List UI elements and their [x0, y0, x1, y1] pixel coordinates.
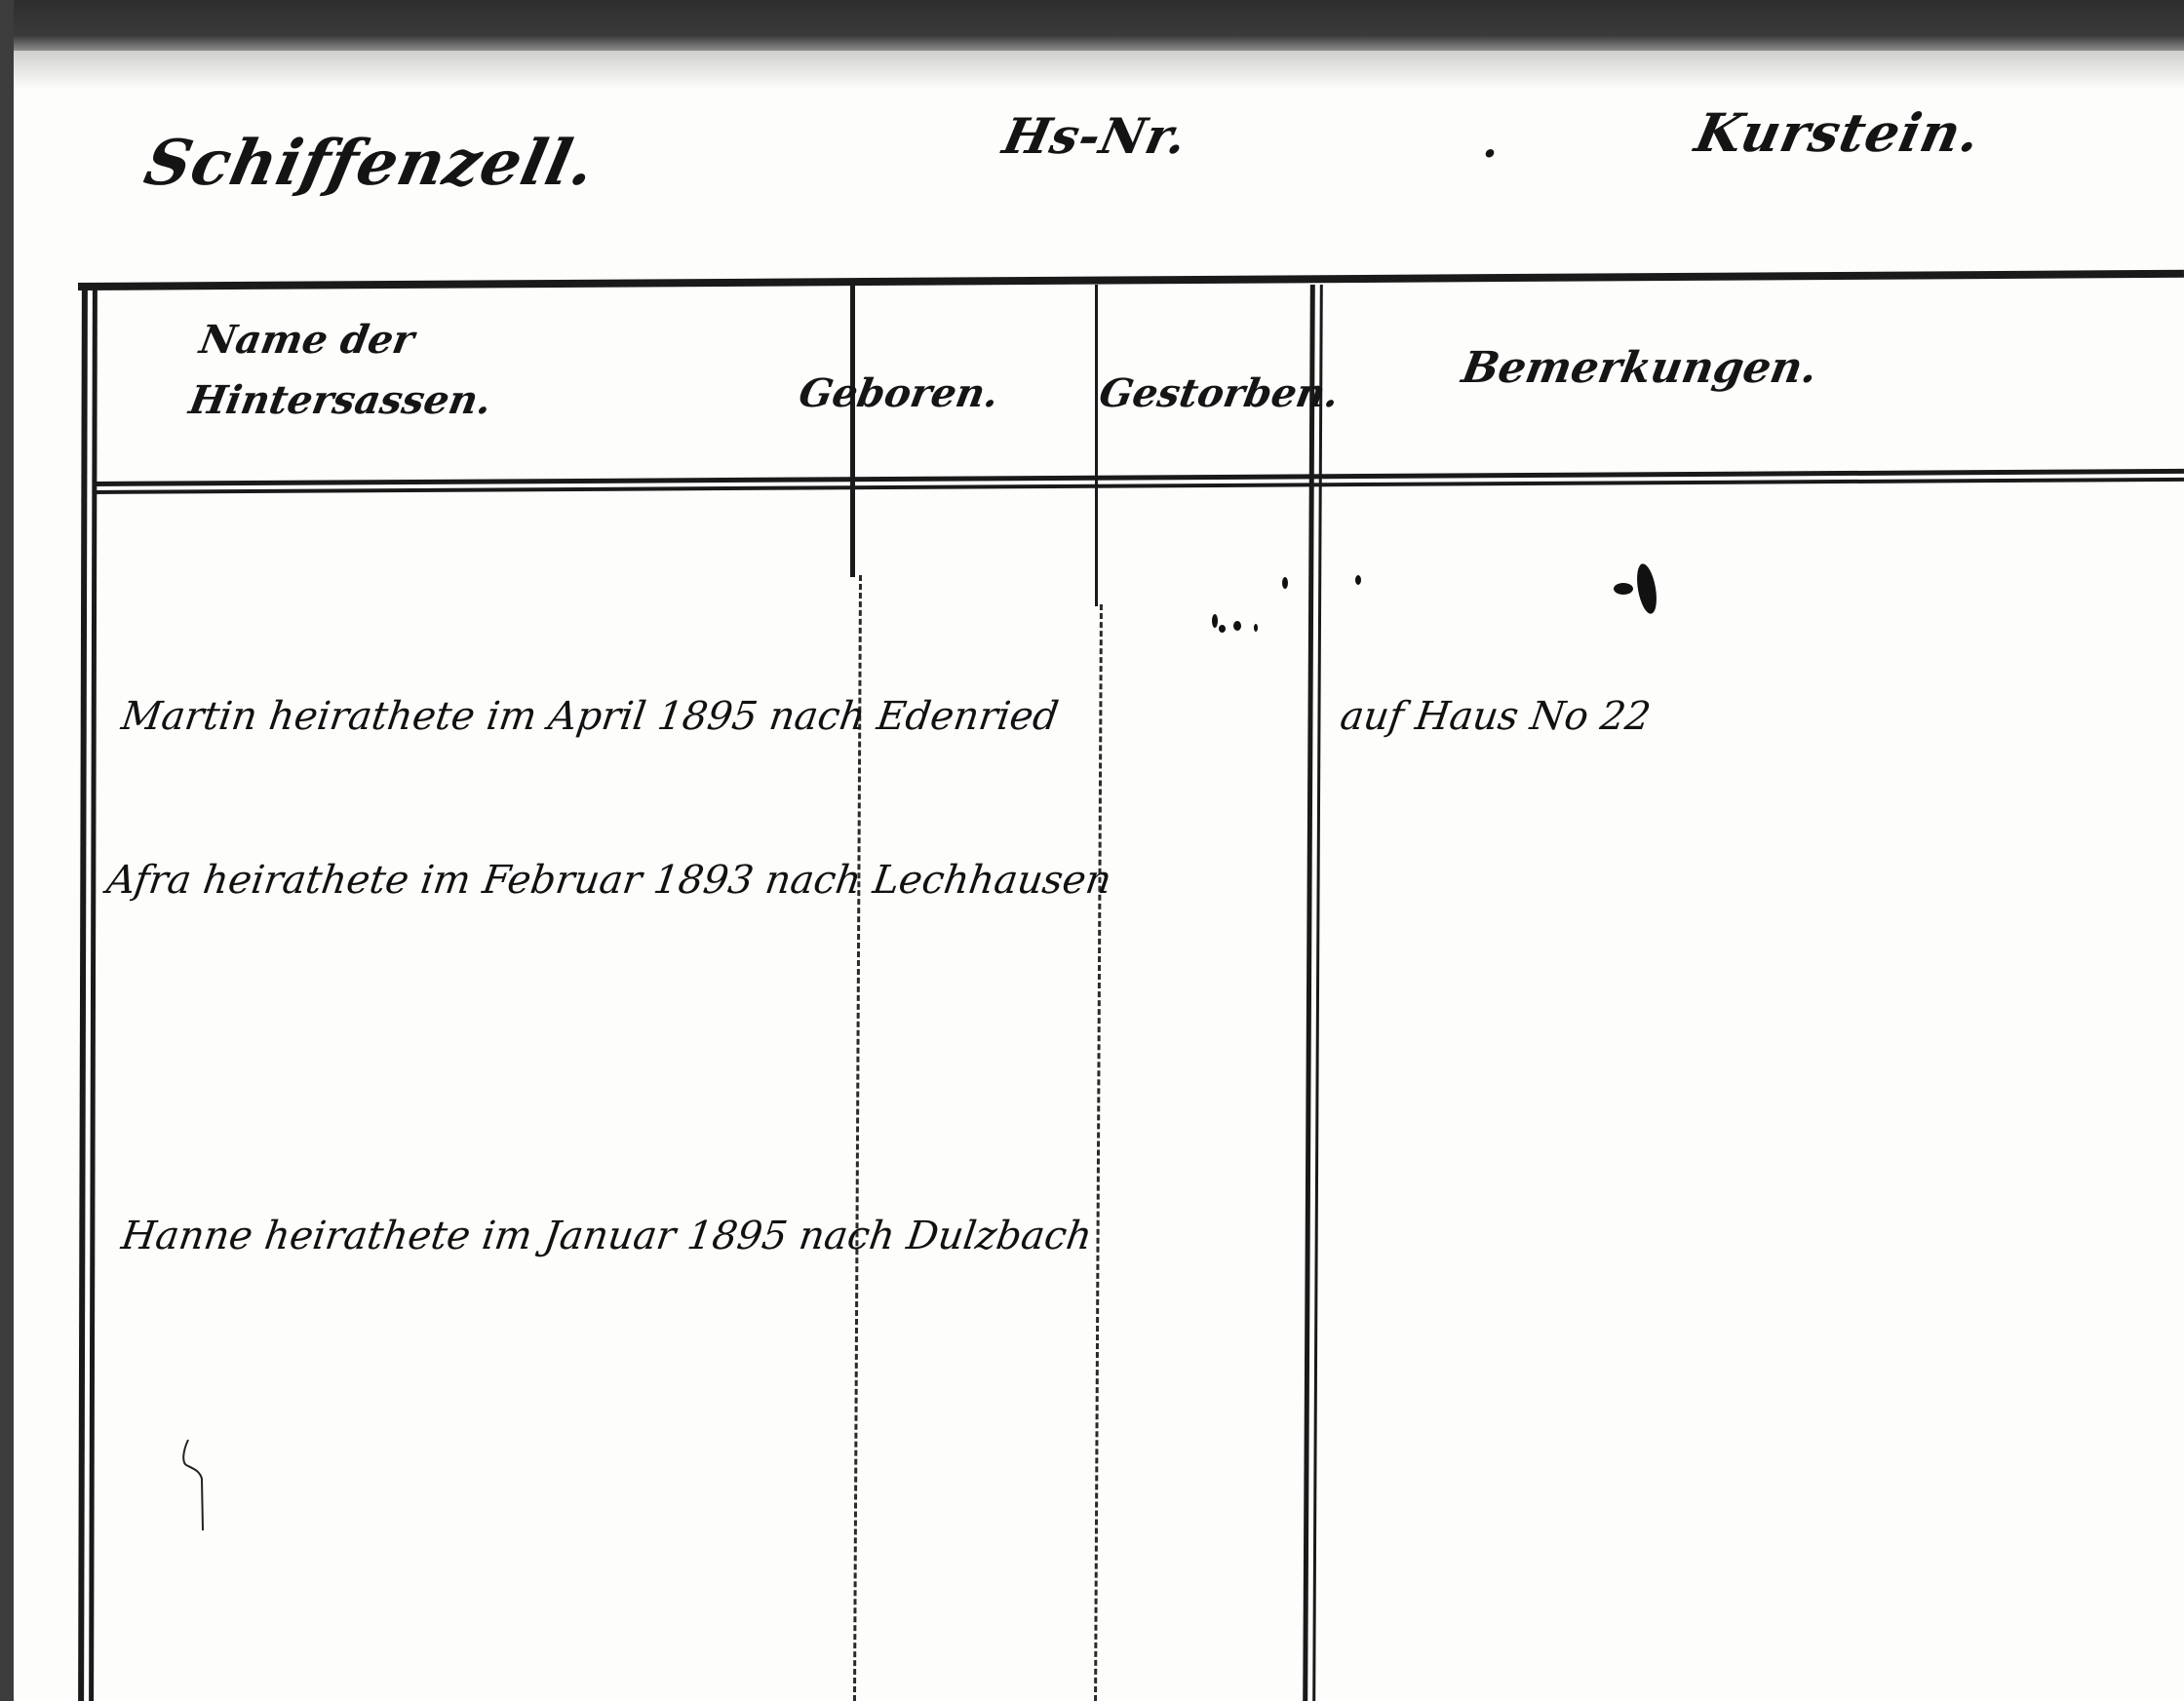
divider-born-died-dashed	[1094, 604, 1103, 1701]
column-header-name: Name der Hintersassen.	[184, 310, 674, 431]
ink-blot	[1634, 562, 1660, 615]
divider-died-remarks-2	[1312, 285, 1323, 1701]
table-left-border-inner	[89, 285, 97, 1701]
column-header-born: Geboren.	[796, 370, 1002, 416]
ink-blot	[1614, 583, 1633, 595]
column-header-died: Gestorben.	[1096, 370, 1343, 416]
entry-afra: Afra heirathete im Februar 1893 nach Lec…	[104, 858, 1114, 903]
ink-speck	[1212, 614, 1218, 628]
table-left-border	[78, 285, 88, 1701]
ink-speck	[1233, 621, 1241, 631]
divider-born-died	[1095, 285, 1098, 606]
entry-hanne: Hanne heirathete im Januar 1895 nach Dul…	[119, 1214, 1095, 1258]
table-top-rule	[78, 270, 2184, 290]
ink-speck	[1355, 575, 1361, 585]
house-number-label: Hs-Nr.	[998, 107, 1193, 165]
scan-left-edge	[0, 0, 14, 1701]
header-separator: .	[1482, 115, 1499, 168]
column-header-remarks: Bemerkungen.	[1459, 343, 1821, 393]
page-title: Schiffenzell.	[138, 127, 602, 200]
scan-top-shadow	[0, 0, 2184, 51]
village-name: Kurstein.	[1690, 101, 1986, 164]
ink-speck	[1219, 625, 1226, 633]
stray-pen-stroke	[180, 1438, 219, 1535]
scan-top-haze	[0, 51, 2184, 90]
entry-martin-remark: auf Haus No 22	[1338, 694, 1654, 739]
entry-martin: Martin heirathete im April 1895 nach Ede…	[119, 694, 1062, 739]
ink-speck	[1254, 624, 1258, 632]
ink-speck	[1282, 577, 1288, 589]
divider-name-born	[850, 285, 855, 577]
divider-name-born-dashed	[853, 575, 862, 1701]
